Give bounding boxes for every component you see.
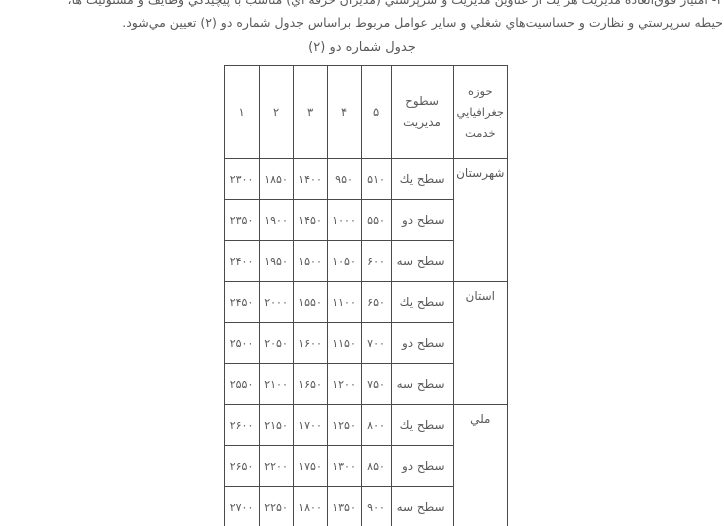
score-value-cell: ۲۴۵۰ (224, 282, 259, 323)
score-value-cell: ۷۰۰ (361, 323, 391, 364)
score-value-cell: ۹۵۰ (327, 159, 361, 200)
score-value-cell: ۲۰۰۰ (259, 282, 293, 323)
score-value-cell: ۲۱۵۰ (259, 405, 293, 446)
score-value-cell: ۱۷۰۰ (293, 405, 327, 446)
score-value-cell: ۱۸۰۰ (293, 487, 327, 526)
score-value-cell: ۶۵۰ (361, 282, 391, 323)
score-value-cell: ۱۸۵۰ (259, 159, 293, 200)
header-management-levels: سطوح مديريت (391, 66, 453, 159)
score-value-cell: ۱۱۵۰ (327, 323, 361, 364)
management-level-cell: سطح دو (391, 446, 453, 487)
score-value-cell: ۱۳۰۰ (327, 446, 361, 487)
score-table-body: شهرستانسطح يك۵۱۰۹۵۰۱۴۰۰۱۸۵۰۲۳۰۰سطح دو۵۵۰… (224, 159, 507, 526)
score-value-cell: ۱۶۰۰ (293, 323, 327, 364)
score-value-cell: ۲۳۰۰ (224, 159, 259, 200)
table-title: جدول شماره دو (۲) (0, 37, 724, 59)
header-score-col: ۳ (293, 66, 327, 159)
score-value-cell: ۲۱۰۰ (259, 364, 293, 405)
score-value-cell: ۲۵۰۰ (224, 323, 259, 364)
management-level-cell: سطح سه (391, 241, 453, 282)
score-value-cell: ۲۰۵۰ (259, 323, 293, 364)
score-value-cell: ۲۶۵۰ (224, 446, 259, 487)
header-geo-area: حوزه جغرافيايي خدمت (453, 66, 507, 159)
score-value-cell: ۱۷۵۰ (293, 446, 327, 487)
management-level-cell: سطح دو (391, 200, 453, 241)
geo-group-cell: استان (453, 282, 507, 405)
score-value-cell: ۱۹۵۰ (259, 241, 293, 282)
score-value-cell: ۱۴۵۰ (293, 200, 327, 241)
management-score-table: حوزه جغرافيايي خدمت سطوح مديريت ۵۴۳۲۱ شه… (224, 65, 508, 526)
table-row: استانسطح يك۶۵۰۱۱۰۰۱۵۵۰۲۰۰۰۲۴۵۰ (224, 282, 507, 323)
score-value-cell: ۱۰۰۰ (327, 200, 361, 241)
header-score-col: ۴ (327, 66, 361, 159)
score-value-cell: ۱۱۰۰ (327, 282, 361, 323)
score-value-cell: ۱۰۵۰ (327, 241, 361, 282)
score-value-cell: ۱۴۰۰ (293, 159, 327, 200)
geo-group-cell: شهرستان (453, 159, 507, 282)
score-value-cell: ۱۲۵۰ (327, 405, 361, 446)
management-level-cell: سطح يك (391, 282, 453, 323)
document-page: { "colors": { "background": "#ffffff", "… (0, 0, 724, 526)
score-value-cell: ۲۲۵۰ (259, 487, 293, 526)
header-score-col: ۲ (259, 66, 293, 159)
management-level-cell: سطح دو (391, 323, 453, 364)
management-level-cell: سطح يك (391, 405, 453, 446)
score-value-cell: ۷۵۰ (361, 364, 391, 405)
table-row: مليسطح يك۸۰۰۱۲۵۰۱۷۰۰۲۱۵۰۲۶۰۰ (224, 405, 507, 446)
score-value-cell: ۹۰۰ (361, 487, 391, 526)
score-value-cell: ۸۰۰ (361, 405, 391, 446)
intro-paragraph-line-1: ۴- امتياز فوق‌العاده مديريت هر يك از عنا… (0, 0, 723, 11)
header-score-col: ۱ (224, 66, 259, 159)
intro-paragraph-line-2: حيطه سرپرستي و نظارت و حساسيت‌هاي شغلي و… (0, 11, 723, 34)
score-value-cell: ۵۵۰ (361, 200, 391, 241)
score-value-cell: ۲۴۰۰ (224, 241, 259, 282)
score-value-cell: ۲۷۰۰ (224, 487, 259, 526)
header-score-col: ۵ (361, 66, 391, 159)
score-value-cell: ۲۵۵۰ (224, 364, 259, 405)
management-level-cell: سطح سه (391, 487, 453, 526)
management-level-cell: سطح يك (391, 159, 453, 200)
score-value-cell: ۲۲۰۰ (259, 446, 293, 487)
score-value-cell: ۸۵۰ (361, 446, 391, 487)
table-row: شهرستانسطح يك۵۱۰۹۵۰۱۴۰۰۱۸۵۰۲۳۰۰ (224, 159, 507, 200)
score-value-cell: ۶۰۰ (361, 241, 391, 282)
management-level-cell: سطح سه (391, 364, 453, 405)
score-value-cell: ۱۲۰۰ (327, 364, 361, 405)
score-value-cell: ۱۵۰۰ (293, 241, 327, 282)
score-value-cell: ۲۳۵۰ (224, 200, 259, 241)
intro-paragraph: ۴- امتياز فوق‌العاده مديريت هر يك از عنا… (0, 0, 724, 34)
score-value-cell: ۵۱۰ (361, 159, 391, 200)
table-header-row: حوزه جغرافيايي خدمت سطوح مديريت ۵۴۳۲۱ (224, 66, 507, 159)
score-value-cell: ۲۶۰۰ (224, 405, 259, 446)
score-value-cell: ۱۵۵۰ (293, 282, 327, 323)
score-value-cell: ۱۹۰۰ (259, 200, 293, 241)
score-value-cell: ۱۶۵۰ (293, 364, 327, 405)
score-value-cell: ۱۳۵۰ (327, 487, 361, 526)
geo-group-cell: ملي (453, 405, 507, 526)
